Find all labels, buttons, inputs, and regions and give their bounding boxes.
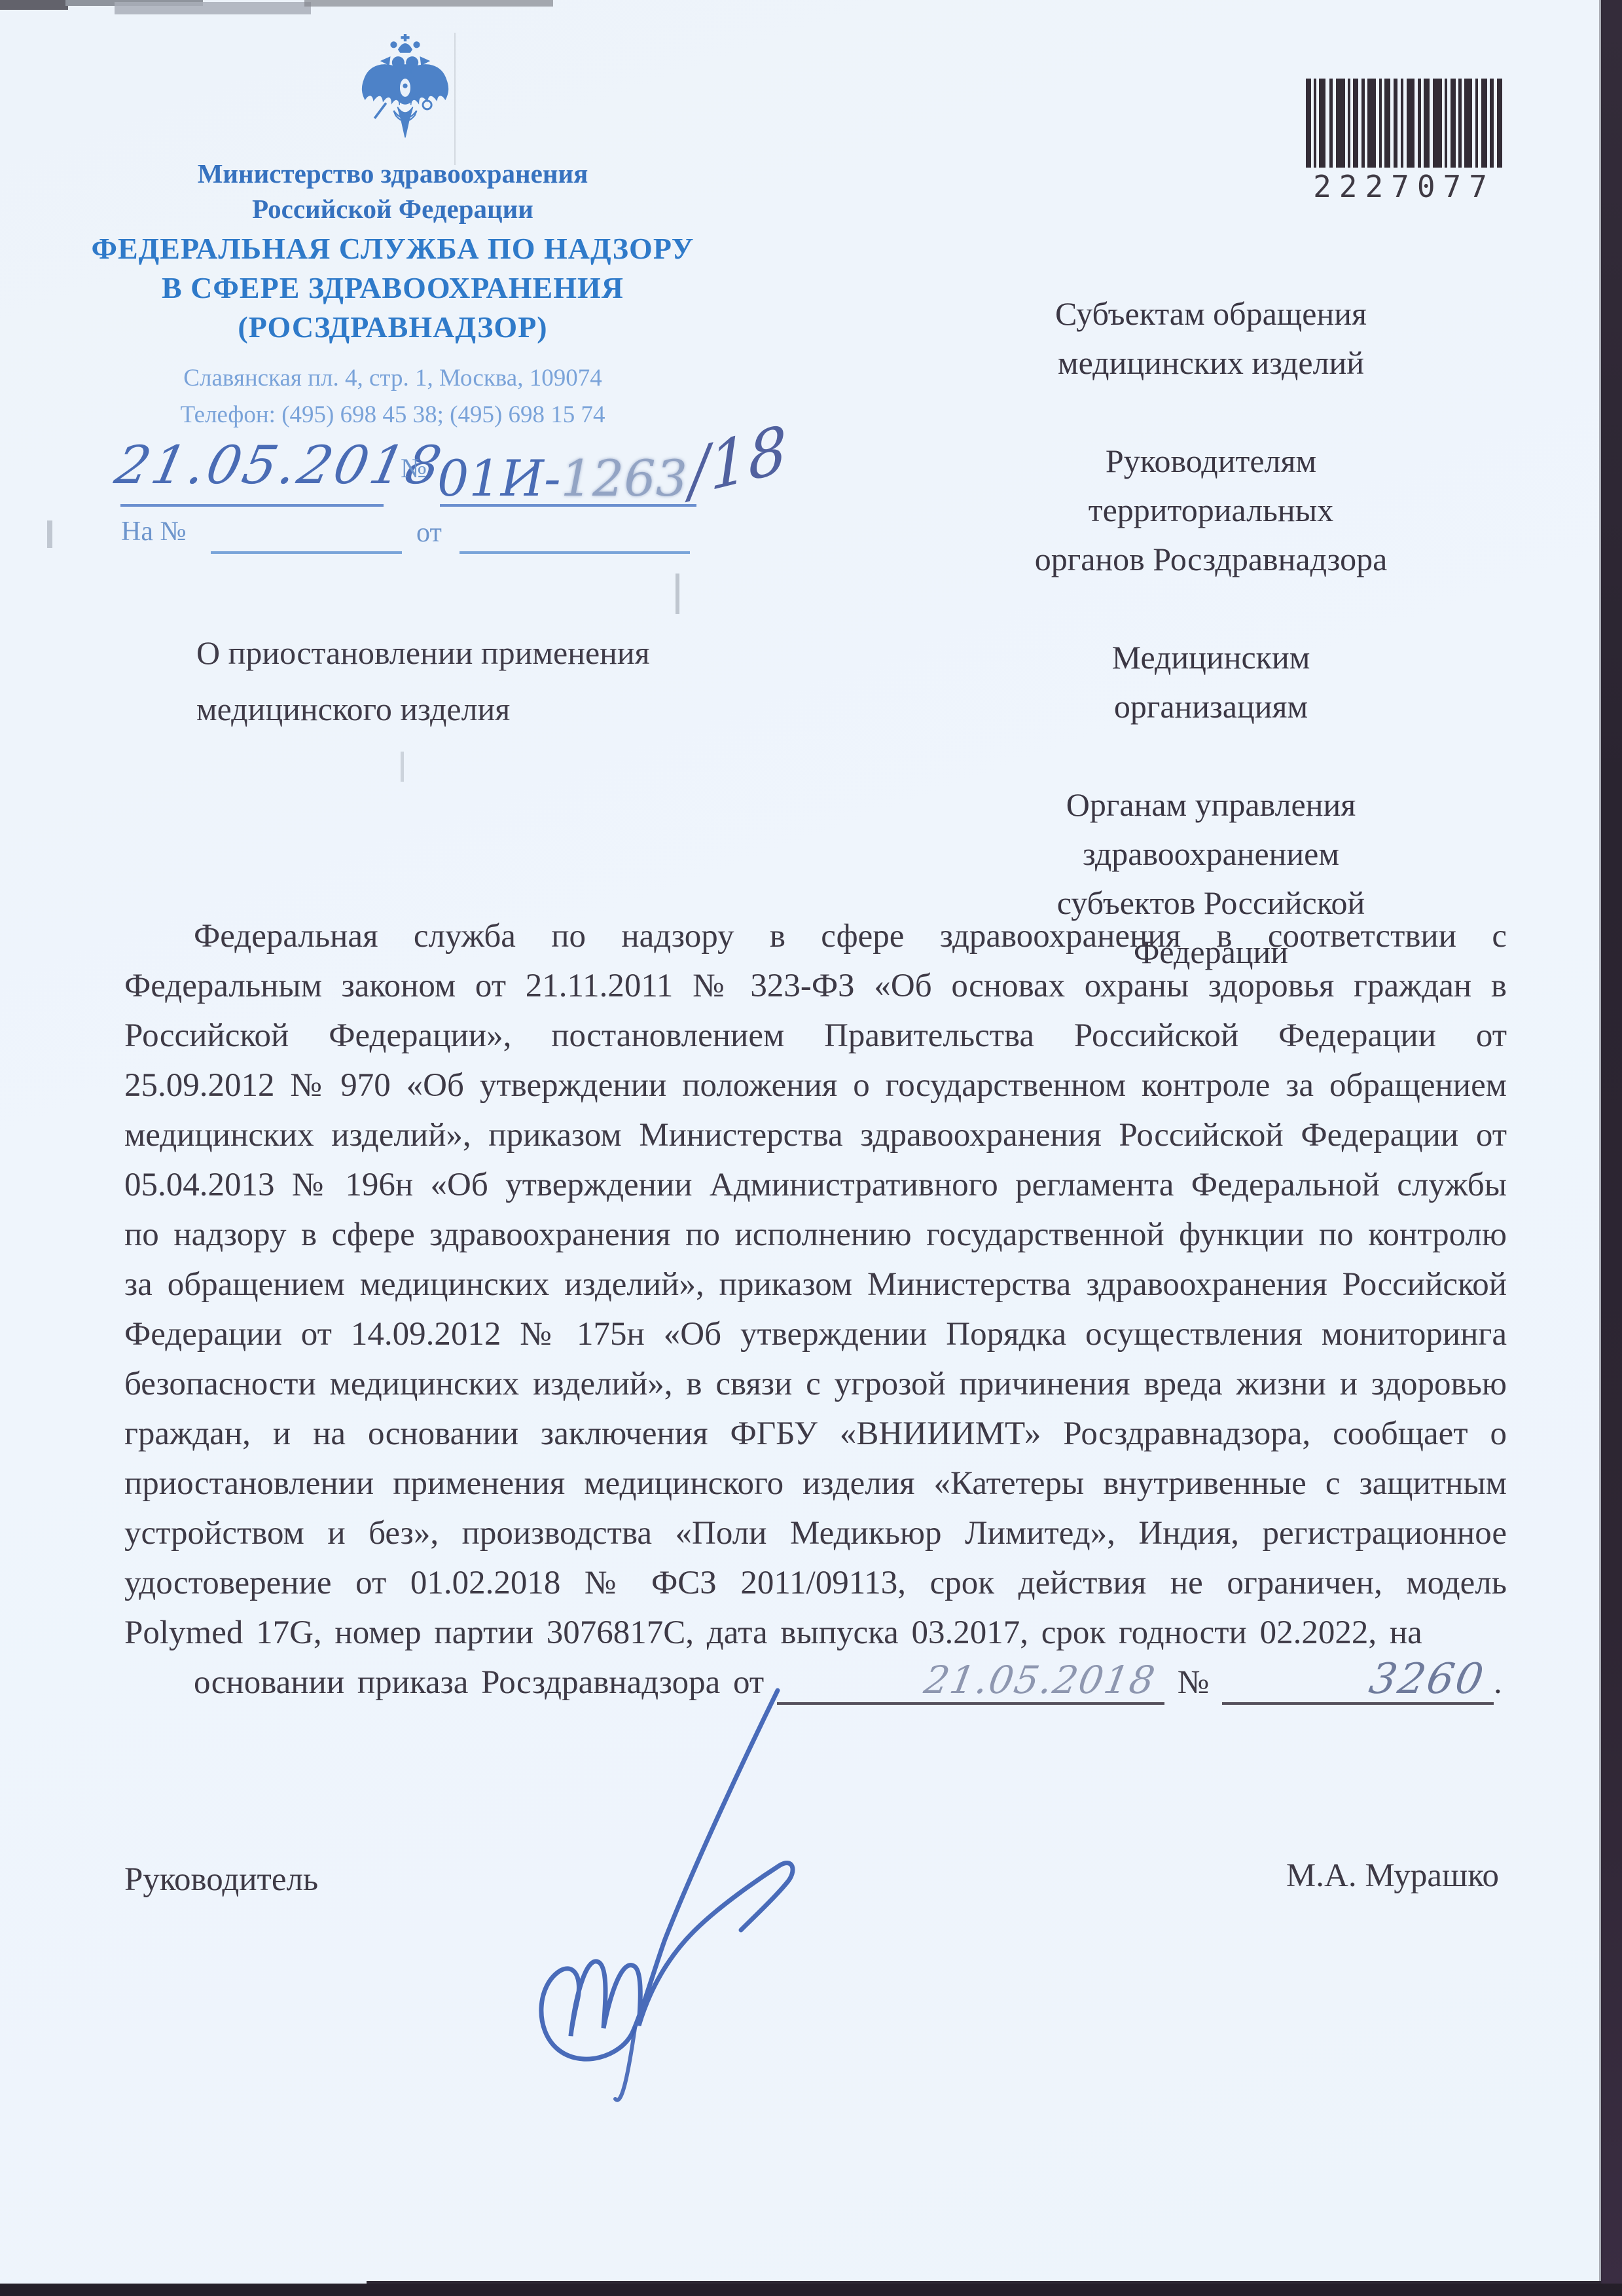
closing-period: . xyxy=(1494,1664,1502,1701)
service-name: ФЕДЕРАЛЬНАЯ СЛУЖБА ПО НАДЗОРУ В СФЕРЕ ЗД… xyxy=(85,229,700,347)
barcode-number: 2227077 xyxy=(1299,169,1509,204)
signer-name: М.А. Мурашко xyxy=(1286,1857,1499,1895)
ministry-line: Министерство здравоохранения xyxy=(105,156,681,191)
scan-artifact-top-edge xyxy=(0,0,68,10)
recipient-line: медицинских изделий xyxy=(916,338,1505,388)
service-line: (РОСЗДРАВНАДЗОР) xyxy=(85,308,700,347)
order-number-slot: 3260 xyxy=(1222,1660,1494,1705)
barcode-icon xyxy=(1306,79,1502,168)
letterhead-phone: Телефон: (495) 698 45 38; (495) 698 15 7… xyxy=(105,401,681,429)
recipient-line: Медицинским xyxy=(916,633,1505,682)
scan-artifact-bottom-edge xyxy=(0,2284,1622,2296)
subject-line: О приостановлении применения xyxy=(196,634,733,672)
date-underline xyxy=(120,504,384,507)
number-sign: № xyxy=(401,453,427,484)
russia-coat-of-arms-icon xyxy=(357,34,453,166)
scan-artifact-top-edge xyxy=(304,0,553,7)
recipient-line: Органам управления xyxy=(916,780,1505,829)
outgoing-date-handwritten: 21.05.2018 xyxy=(110,435,449,496)
letter-body: Федеральная служба по надзору в сфере зд… xyxy=(124,911,1507,1707)
recipient-group: Руководителям территориальных органов Ро… xyxy=(916,437,1505,584)
outgoing-number-stamped: 1263 xyxy=(561,449,687,507)
scan-speck xyxy=(676,574,679,614)
order-date-handwritten: 21.05.2018 xyxy=(852,1660,1159,1700)
service-line: В СФЕРЕ ЗДРАВООХРАНЕНИЯ xyxy=(85,268,700,308)
reply-date-underline xyxy=(460,551,690,554)
ministry-line: Российской Федерации xyxy=(105,191,681,227)
reply-to-label: На № xyxy=(121,516,187,547)
subject-line: медицинского изделия xyxy=(196,690,733,728)
emblem-box-edge xyxy=(454,33,456,165)
number-underline xyxy=(440,504,696,507)
recipient-line: органов Росздравнадзора xyxy=(916,535,1505,584)
scanned-letter-page: Министерство здравоохранения Российской … xyxy=(0,0,1622,2296)
scan-artifact-right-edge xyxy=(1599,0,1602,2296)
closing-number-sign: № xyxy=(1178,1664,1210,1701)
signer-title: Руководитель xyxy=(124,1861,318,1899)
ministry-name: Министерство здравоохранения Российской … xyxy=(105,156,681,227)
scan-speck xyxy=(47,520,52,548)
scan-speck xyxy=(401,752,404,782)
order-number-handwritten: 3260 xyxy=(1297,1660,1488,1699)
reply-number-underline xyxy=(211,551,402,554)
reply-from-label: от xyxy=(416,517,442,549)
scan-artifact-right-edge xyxy=(1601,0,1622,2296)
outgoing-number-suffix: /18 xyxy=(687,411,788,511)
service-line: ФЕДЕРАЛЬНАЯ СЛУЖБА ПО НАДЗОРУ xyxy=(85,229,700,268)
recipient-line: территориальных xyxy=(916,486,1505,535)
recipients-block: Субъектам обращения медицинских изделий … xyxy=(916,289,1505,977)
outgoing-number-prefix: 01И- xyxy=(437,449,561,507)
recipient-group: Субъектам обращения медицинских изделий xyxy=(916,289,1505,388)
recipient-line: здравоохранением xyxy=(916,829,1505,879)
outgoing-number-handwritten: 01И-1263/18 xyxy=(437,437,789,511)
signature-autograph-icon xyxy=(471,1683,890,2115)
scan-artifact-top-edge xyxy=(115,2,311,14)
body-paragraph: Федеральная служба по надзору в сфере зд… xyxy=(124,911,1507,1658)
recipient-group: Медицинским организациям xyxy=(916,633,1505,731)
letterhead-address: Славянская пл. 4, стр. 1, Москва, 109074 xyxy=(105,364,681,392)
recipient-line: Субъектам обращения xyxy=(916,289,1505,338)
recipient-line: организациям xyxy=(916,682,1505,731)
recipient-line: Руководителям xyxy=(916,437,1505,486)
